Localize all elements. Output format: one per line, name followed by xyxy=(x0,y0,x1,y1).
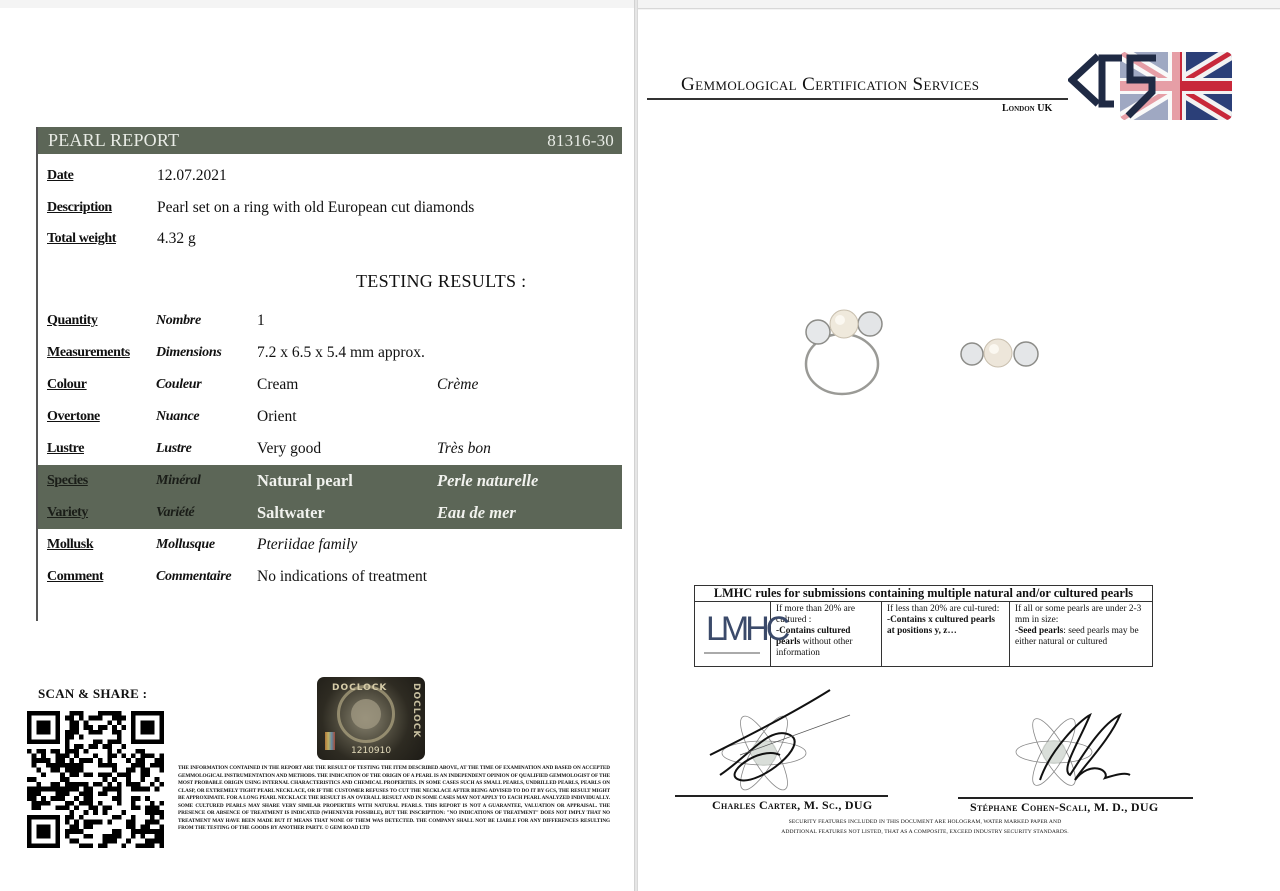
result-value: 7.2 x 6.5 x 5.4 mm approx. xyxy=(257,344,425,362)
lock-icon xyxy=(351,699,381,729)
field-value: 4.32 g xyxy=(157,230,196,248)
result-row: CommentCommentaireNo indications of trea… xyxy=(38,561,622,593)
scan-share-label: SCAN & SHARE : xyxy=(38,686,147,702)
result-row: OvertoneNuanceOrient xyxy=(38,401,622,433)
signature-cohen-scali xyxy=(1010,700,1140,800)
pearl-report: PEARL REPORT 81316-30 Date 12.07.2021 De… xyxy=(36,127,620,621)
result-row: LustreLustreVery goodTrès bon xyxy=(38,433,622,465)
testing-results-heading: TESTING RESULTS : xyxy=(356,271,526,292)
result-row: SpeciesMinéralNatural pearlPerle naturel… xyxy=(38,465,622,497)
result-value: No indications of treatment xyxy=(257,568,427,586)
signatory-name: Charles Carter, M. Sc., DUG xyxy=(712,798,873,813)
result-label-fr: Commentaire xyxy=(156,569,231,585)
result-label: Mollusk xyxy=(47,537,93,553)
company-location: London UK xyxy=(1002,103,1052,114)
result-row: ColourCouleurCreamCrème xyxy=(38,369,622,401)
result-label: Species xyxy=(47,473,88,489)
qr-code[interactable] xyxy=(27,711,164,848)
header-rule xyxy=(647,98,1068,100)
result-label: Colour xyxy=(47,377,87,393)
report-title: PEARL REPORT xyxy=(48,130,179,151)
result-value: 1 xyxy=(257,312,265,330)
result-label-fr: Mollusque xyxy=(156,537,215,553)
result-label: Comment xyxy=(47,569,103,585)
result-row: VarietyVariétéSaltwaterEau de mer xyxy=(38,497,622,529)
field-label: Date xyxy=(47,168,73,184)
hologram-brand-vertical: DOCLOCK xyxy=(411,683,421,738)
result-label-fr: Lustre xyxy=(156,441,192,457)
result-value-fr: Très bon xyxy=(437,440,491,458)
gcs-logo xyxy=(1068,50,1234,122)
result-label-fr: Nombre xyxy=(156,313,201,329)
result-value: Natural pearl xyxy=(257,471,353,491)
lmhc-title: LMHC rules for submissions containing mu… xyxy=(695,586,1152,602)
result-value: Orient xyxy=(257,408,297,426)
result-row: MolluskMollusquePteriidae family xyxy=(38,529,622,561)
company-name: Gemmological Certification Services xyxy=(681,74,979,96)
field-total-weight: Total weight 4.32 g xyxy=(38,223,622,255)
field-label: Description xyxy=(47,200,112,216)
product-image xyxy=(800,300,1050,400)
disclaimer-text: The information contained in the report … xyxy=(178,765,610,833)
lmhc-rule: If less than 20% are cul-tured: -Contain… xyxy=(882,602,1010,666)
security-note: Security features included in this docum… xyxy=(780,817,1070,837)
report-header: PEARL REPORT 81316-30 xyxy=(38,127,622,154)
result-label-fr: Couleur xyxy=(156,377,201,393)
lmhc-rule: If all or some pearls are under 2-3 mm i… xyxy=(1010,602,1152,666)
result-value-fr: Crème xyxy=(437,376,478,394)
result-label: Quantity xyxy=(47,313,97,329)
result-row: QuantityNombre1 xyxy=(38,305,622,337)
signature-carter xyxy=(700,685,860,795)
result-label-fr: Dimensions xyxy=(156,345,221,361)
report-number: 81316-30 xyxy=(547,131,614,151)
field-date: Date 12.07.2021 xyxy=(38,160,622,192)
result-label-fr: Variété xyxy=(156,505,194,521)
signature-line xyxy=(675,795,888,797)
field-description: Description Pearl set on a ring with old… xyxy=(38,192,622,224)
result-value-fr: Perle naturelle xyxy=(437,471,538,491)
result-value: Saltwater xyxy=(257,503,325,523)
field-label: Total weight xyxy=(47,231,116,247)
result-label-fr: Minéral xyxy=(156,473,201,489)
hologram-serial: 1210910 xyxy=(351,746,391,756)
result-label: Variety xyxy=(47,505,88,521)
lmhc-rules-box: LMHC rules for submissions containing mu… xyxy=(694,585,1153,667)
lmhc-rule: If more than 20% are cultured : -Contain… xyxy=(771,602,882,666)
result-row: MeasurementsDimensions7.2 x 6.5 x 5.4 mm… xyxy=(38,337,622,369)
field-value: Pearl set on a ring with old European cu… xyxy=(157,199,474,217)
result-value: Very good xyxy=(257,440,321,458)
signature-line xyxy=(958,797,1193,799)
signatory-name: Stéphane Cohen-Scali, M. D., DUG xyxy=(970,800,1159,815)
lmhc-logo: LMHC xyxy=(695,602,771,666)
result-label: Overtone xyxy=(47,409,100,425)
doclock-hologram: DOCLOCK DOCLOCK 1210910 xyxy=(317,677,425,760)
result-label-fr: Nuance xyxy=(156,409,199,425)
result-value-fr: Eau de mer xyxy=(437,503,516,523)
result-value: Cream xyxy=(257,376,298,394)
result-label: Lustre xyxy=(47,441,84,457)
field-value: 12.07.2021 xyxy=(157,167,227,185)
result-value: Pteriidae family xyxy=(257,536,357,554)
hologram-brand: DOCLOCK xyxy=(332,683,387,693)
result-label: Measurements xyxy=(47,345,130,361)
